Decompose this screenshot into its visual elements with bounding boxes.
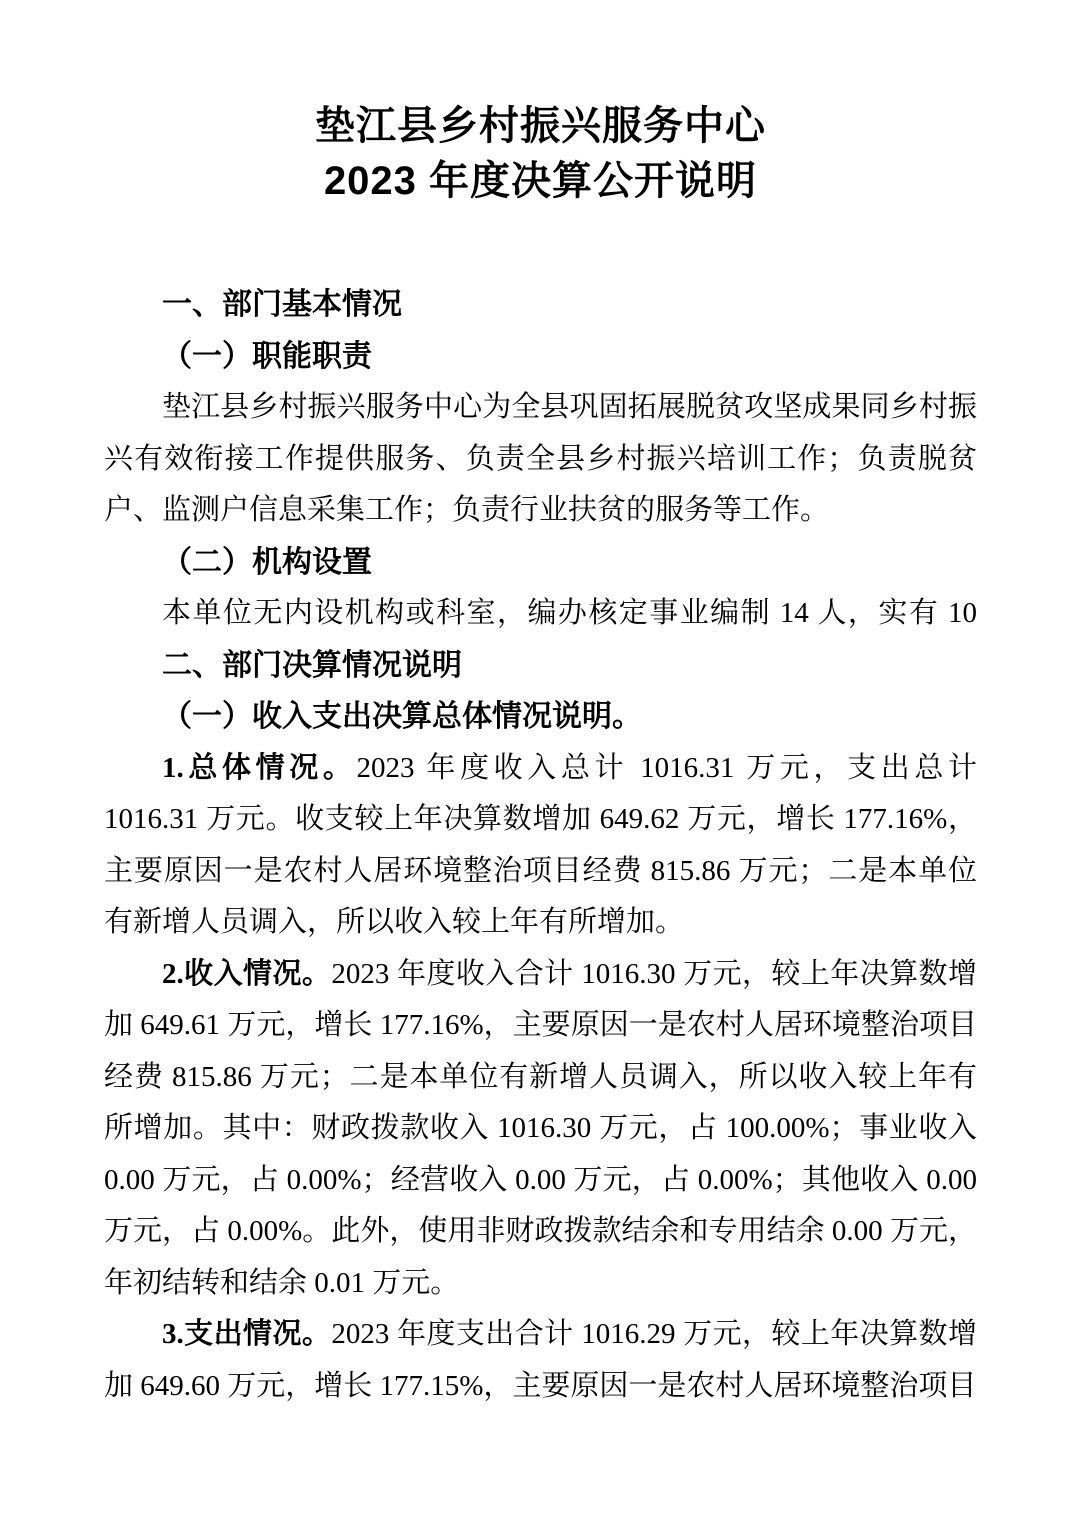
document-body: 垫江县乡村振兴服务中心 2023 年度决算公开说明 一、部门基本情况 （一）职能… <box>0 99 1075 1412</box>
document-title: 垫江县乡村振兴服务中心 2023 年度决算公开说明 <box>104 99 977 209</box>
paragraph-duties: 垫江县乡村振兴服务中心为全县巩固拓展脱贫攻坚成果同乡村振兴有效衔接工作提供服务、… <box>104 382 977 537</box>
paragraph-expenditure: 3.支出情况。2023 年度支出合计 1016.29 万元，较上年决算数增加 6… <box>104 1309 977 1412</box>
document-page: 垫江县乡村振兴服务中心 2023 年度决算公开说明 一、部门基本情况 （一）职能… <box>0 0 1075 1520</box>
subsection-heading-overview: （一）收入支出决算总体情况说明。 <box>104 691 977 743</box>
subsection-heading-duties: （一）职能职责 <box>104 331 977 383</box>
paragraph-income: 2.收入情况。2023 年度收入合计 1016.30 万元，较上年决算数增加 6… <box>104 949 977 1310</box>
document-title-line-1: 垫江县乡村振兴服务中心 <box>104 99 977 154</box>
paragraph-income-lead: 2.收入情况。 <box>162 958 331 990</box>
section-heading-final-accounts: 二、部门决算情况说明 <box>104 640 977 692</box>
paragraph-overall-lead: 1.总体情况。 <box>162 752 357 784</box>
paragraph-overall: 1.总体情况。2023 年度收入总计 1016.31 万元，支出总计 1016.… <box>104 743 977 949</box>
paragraph-organization: 本单位无内设机构或科室，编办核定事业编制 14 人，实有 10 人。 <box>104 588 977 640</box>
paragraph-expenditure-lead: 3.支出情况。 <box>162 1318 331 1350</box>
subsection-heading-organization: （二）机构设置 <box>104 537 977 589</box>
paragraph-income-text: 2023 年度收入合计 1016.30 万元，较上年决算数增加 649.61 万… <box>104 958 977 1299</box>
section-heading-basic-info: 一、部门基本情况 <box>104 279 977 331</box>
document-title-line-2: 2023 年度决算公开说明 <box>104 154 977 209</box>
